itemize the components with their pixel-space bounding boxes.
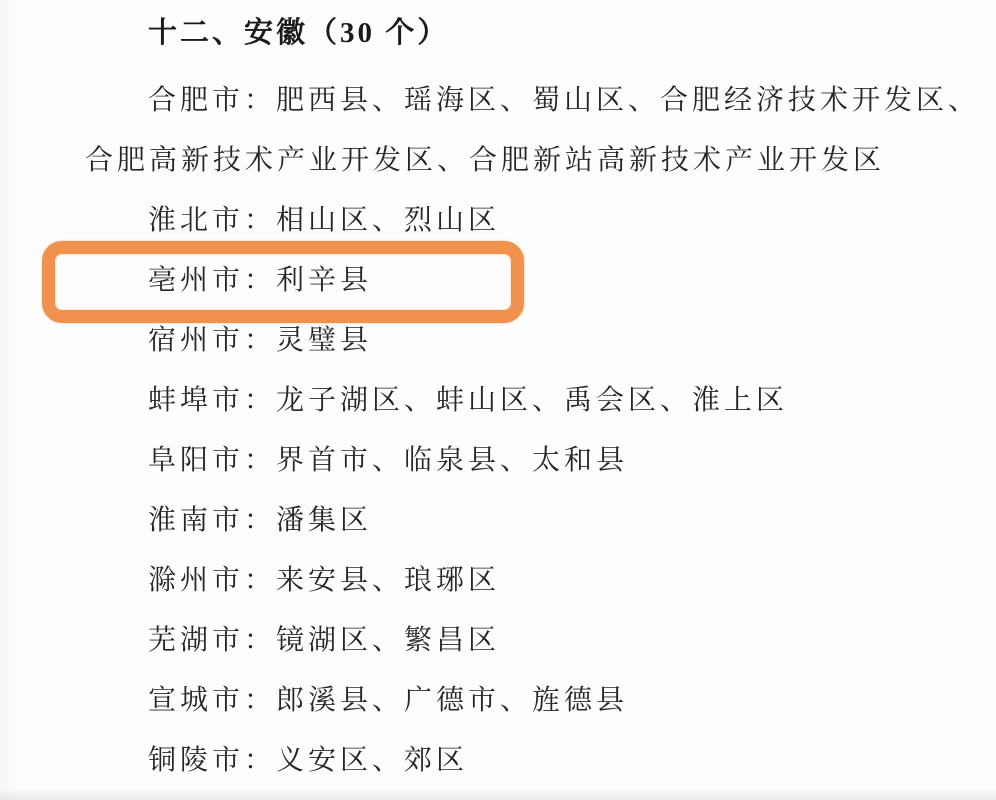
district-line-xuancheng: 宣城市：郎溪县、广德市、旌德县 — [85, 671, 976, 731]
document-page: 十二、安徽（30 个） 合肥市：肥西县、瑶海区、蜀山区、合肥经济技术开发区、 合… — [0, 0, 996, 800]
document-content: 十二、安徽（30 个） 合肥市：肥西县、瑶海区、蜀山区、合肥经济技术开发区、 合… — [85, 3, 976, 791]
section-title: 十二、安徽（30 个） — [85, 3, 976, 63]
district-line-chuzhou: 滁州市：来安县、琅琊区 — [85, 551, 976, 611]
district-line-tongling: 铜陵市：义安区、郊区 — [85, 731, 976, 791]
district-line-wuhu: 芜湖市：镜湖区、繁昌区 — [85, 611, 976, 671]
district-line-hefei-2: 合肥高新技术产业开发区、合肥新站高新技术产业开发区 — [85, 131, 976, 191]
district-line-bengbu: 蚌埠市：龙子湖区、蚌山区、禹会区、淮上区 — [85, 371, 976, 431]
district-line-hefei-1: 合肥市：肥西县、瑶海区、蜀山区、合肥经济技术开发区、 — [85, 71, 976, 131]
district-line-fuyang: 阜阳市：界首市、临泉县、太和县 — [85, 431, 976, 491]
district-line-huaibei: 淮北市：相山区、烈山区 — [85, 191, 976, 251]
district-line-suzhou: 宿州市：灵璧县 — [85, 311, 976, 371]
district-line-bozhou-highlighted: 亳州市：利辛县 — [85, 251, 976, 311]
district-line-huainan: 淮南市：潘集区 — [85, 491, 976, 551]
